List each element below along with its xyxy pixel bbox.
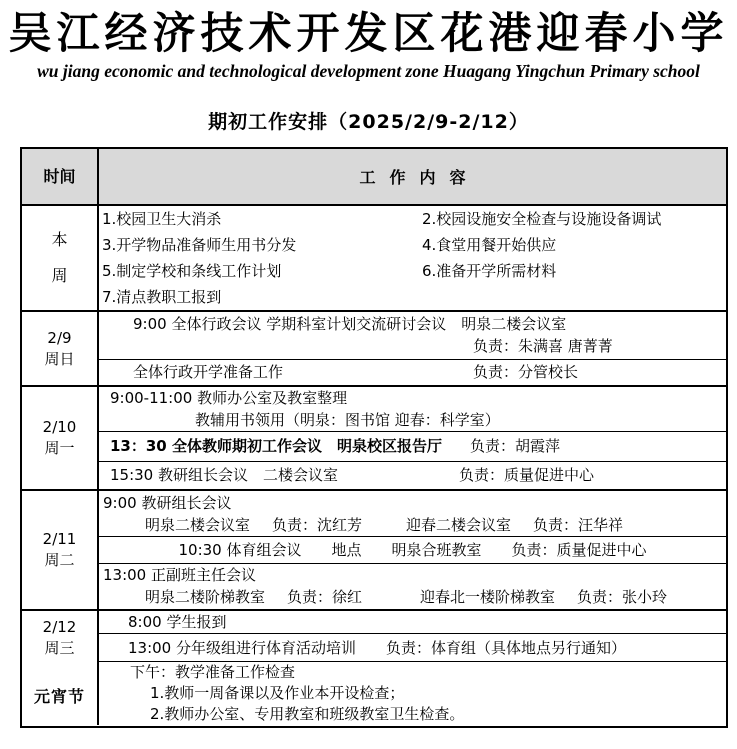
- location-text: 明泉二楼会议室: [145, 516, 250, 534]
- content-cell-feb-10: 9:00-11:00 教师办公室及教室整理 教辅用书领用（明泉：图书馆 迎春：科…: [99, 387, 726, 489]
- responsible-text: 负责：体育组（具体地点另行通知）: [386, 639, 626, 657]
- weekday-text: 周三: [44, 638, 74, 659]
- schedule-entry: 全体行政开学准备工作负责：分管校长: [99, 359, 726, 385]
- entry-text: 15:30 教研组长会议 二楼会议室: [110, 466, 338, 484]
- week-task-line: 3.开学物品准备师生用书分发 4.食堂用餐开始供应: [102, 232, 726, 258]
- time-cell-feb-10: 2/10 周一: [22, 387, 99, 489]
- responsible-text: 负责：质量促进中心: [459, 466, 594, 484]
- row-feb-9: 2/9 周日 9:00 全体行政会议 学期科室计划交流研讨会议 明泉二楼会议室 …: [22, 310, 726, 385]
- content-cell-feb-9: 9:00 全体行政会议 学期科室计划交流研讨会议 明泉二楼会议室 负责：朱满喜 …: [99, 312, 726, 385]
- task-item: 1.校园卫生大消杀: [102, 206, 422, 232]
- entry-text: 8:00 学生报到: [99, 611, 726, 633]
- header-cell-time: 时间: [22, 149, 99, 204]
- responsible-text: 负责：分管校长: [473, 363, 578, 381]
- date-text: 2/12: [43, 617, 77, 638]
- schedule-entry: 15:30 教研组长会议 二楼会议室负责：质量促进中心: [99, 461, 726, 489]
- school-name-english: wu jiang economic and technological deve…: [0, 60, 737, 82]
- school-name-calligraphy: 吴江经济技术开发区花港迎春小学: [0, 6, 737, 62]
- responsible-text: 负责：胡霞萍: [470, 437, 560, 455]
- schedule-entry: 10:30 体育组会议 地点 明泉合班教室 负责：质量促进中心: [99, 536, 726, 563]
- date-text: 2/11: [43, 529, 77, 550]
- entry-text: 13:00 正副班主任会议: [99, 564, 726, 586]
- weekday-text: 周日: [44, 349, 74, 370]
- date-text: 2/9: [47, 328, 71, 349]
- responsible-text: 负责：朱满喜 唐菁菁: [99, 335, 726, 357]
- time-cell-this-week: 本 周: [22, 206, 99, 310]
- entry-text: 全体行政开学准备工作: [133, 363, 283, 381]
- table-header-row: 时间 工作内容: [22, 149, 726, 204]
- week-task-line: 5.制定学校和条线工作计划 6.准备开学所需材料: [102, 258, 726, 284]
- entry-line: 明泉二楼会议室负责：沈红芳迎春二楼会议室负责：汪华祥: [99, 514, 726, 536]
- entry-text-bold: 13：30 全体教师期初工作会议 明泉校区报告厅: [110, 437, 442, 455]
- schedule-entry: 13：30 全体教师期初工作会议 明泉校区报告厅负责：胡霞萍: [99, 431, 726, 460]
- responsible-text: 负责：张小玲: [577, 588, 667, 606]
- location-text: 迎春北一楼阶梯教室: [420, 588, 555, 606]
- festival-label: 元宵节: [34, 686, 85, 707]
- week-task-line: 1.校园卫生大消杀 2.校园设施安全检查与设施设备调试: [102, 206, 726, 232]
- time-column-label: 时间: [43, 166, 75, 187]
- entry-text: 9:00 全体行政会议 学期科室计划交流研讨会议 明泉二楼会议室: [99, 313, 726, 335]
- task-item: 2.校园设施安全检查与设施设备调试: [422, 206, 661, 232]
- weekday-text: 周二: [44, 550, 74, 571]
- entry-text: 10:30 体育组会议 地点 明泉合班教室 负责：质量促进中心: [99, 539, 726, 561]
- entry-line: 13：30 全体教师期初工作会议 明泉校区报告厅负责：胡霞萍: [99, 435, 726, 457]
- content-cell-feb-11: 9:00 教研组长会议 明泉二楼会议室负责：沈红芳迎春二楼会议室负责：汪华祥 1…: [99, 491, 726, 609]
- time-cell-feb-12: 2/12 周三 元宵节: [22, 611, 99, 725]
- entry-line: 全体行政开学准备工作负责：分管校长: [99, 361, 726, 383]
- entry-text: 2.教师办公室、专用教室和班级教室卫生检查。: [99, 704, 726, 725]
- page: 吴江经济技术开发区花港迎春小学 wu jiang economic and te…: [0, 0, 737, 749]
- responsible-text: 负责：沈红芳: [272, 516, 362, 534]
- schedule-entry: 8:00 学生报到: [99, 611, 726, 633]
- header-cell-content: 工作内容: [99, 149, 726, 204]
- row-feb-10: 2/10 周一 9:00-11:00 教师办公室及教室整理 教辅用书领用（明泉：…: [22, 385, 726, 489]
- time-cell-feb-9: 2/9 周日: [22, 312, 99, 385]
- date-text: 2/10: [43, 417, 77, 438]
- schedule-entry: 9:00 教研组长会议 明泉二楼会议室负责：沈红芳迎春二楼会议室负责：汪华祥: [99, 491, 726, 536]
- entry-text: 教辅用书领用（明泉：图书馆 迎春：科学室）: [99, 409, 726, 431]
- row-feb-12: 2/12 周三 元宵节 8:00 学生报到 13:00 分年级组进行体育活动培训…: [22, 609, 726, 725]
- task-item: 3.开学物品准备师生用书分发: [102, 232, 422, 258]
- schedule-entry: 9:00 全体行政会议 学期科室计划交流研讨会议 明泉二楼会议室 负责：朱满喜 …: [99, 312, 726, 359]
- task-item: 4.食堂用餐开始供应: [422, 232, 556, 258]
- content-cell-this-week: 1.校园卫生大消杀 2.校园设施安全检查与设施设备调试 3.开学物品准备师生用书…: [99, 206, 726, 310]
- schedule-entry: 13:00 正副班主任会议 明泉二楼阶梯教室负责：徐红迎春北一楼阶梯教室负责：张…: [99, 563, 726, 609]
- entry-text: 1.教师一周备课以及作业本开设检查；: [99, 683, 726, 704]
- schedule-entry: 9:00-11:00 教师办公室及教室整理 教辅用书领用（明泉：图书馆 迎春：科…: [99, 387, 726, 431]
- task-item: 6.准备开学所需材料: [422, 258, 556, 284]
- entry-text: 9:00-11:00 教师办公室及教室整理: [99, 387, 726, 409]
- entry-line: 13:00 分年级组进行体育活动培训负责：体育组（具体地点另行通知）: [99, 637, 726, 659]
- schedule-entry: 13:00 分年级组进行体育活动培训负责：体育组（具体地点另行通知）: [99, 633, 726, 661]
- schedule-table: 时间 工作内容 本 周 1.校园卫生大消杀 2.校园设施安全检查与设施设备调试: [20, 147, 728, 728]
- entry-text: 13:00 分年级组进行体育活动培训: [128, 639, 356, 657]
- row-this-week: 本 周 1.校园卫生大消杀 2.校园设施安全检查与设施设备调试 3.开学物品准备…: [22, 204, 726, 310]
- content-column-label: 工作内容: [345, 165, 479, 188]
- entry-text: 下午：教学准备工作检查: [99, 662, 726, 683]
- entry-line: 15:30 教研组长会议 二楼会议室负责：质量促进中心: [99, 464, 726, 486]
- week-task-list: 1.校园卫生大消杀 2.校园设施安全检查与设施设备调试 3.开学物品准备师生用书…: [99, 206, 726, 310]
- responsible-text: 负责：徐红: [287, 588, 362, 606]
- document-title: 期初工作安排（2025/2/9-2/12）: [0, 107, 737, 134]
- location-text: 迎春二楼会议室: [406, 516, 511, 534]
- entry-line: 明泉二楼阶梯教室负责：徐红迎春北一楼阶梯教室负责：张小玲: [99, 586, 726, 608]
- row-feb-11: 2/11 周二 9:00 教研组长会议 明泉二楼会议室负责：沈红芳迎春二楼会议室…: [22, 489, 726, 609]
- task-item: 7.清点教职工报到: [102, 284, 422, 310]
- time-text: 周: [51, 258, 67, 294]
- week-task-line: 7.清点教职工报到: [102, 284, 726, 310]
- location-text: 明泉二楼阶梯教室: [145, 588, 265, 606]
- entry-text: 9:00 教研组长会议: [99, 492, 726, 514]
- time-text: 本: [51, 222, 67, 258]
- letterhead: 吴江经济技术开发区花港迎春小学 wu jiang economic and te…: [0, 0, 737, 82]
- content-cell-feb-12: 8:00 学生报到 13:00 分年级组进行体育活动培训负责：体育组（具体地点另…: [99, 611, 726, 725]
- schedule-entry: 下午：教学准备工作检查 1.教师一周备课以及作业本开设检查； 2.教师办公室、专…: [99, 661, 726, 725]
- time-cell-feb-11: 2/11 周二: [22, 491, 99, 609]
- responsible-text: 负责：汪华祥: [533, 516, 623, 534]
- weekday-text: 周一: [44, 438, 74, 459]
- task-item: 5.制定学校和条线工作计划: [102, 258, 422, 284]
